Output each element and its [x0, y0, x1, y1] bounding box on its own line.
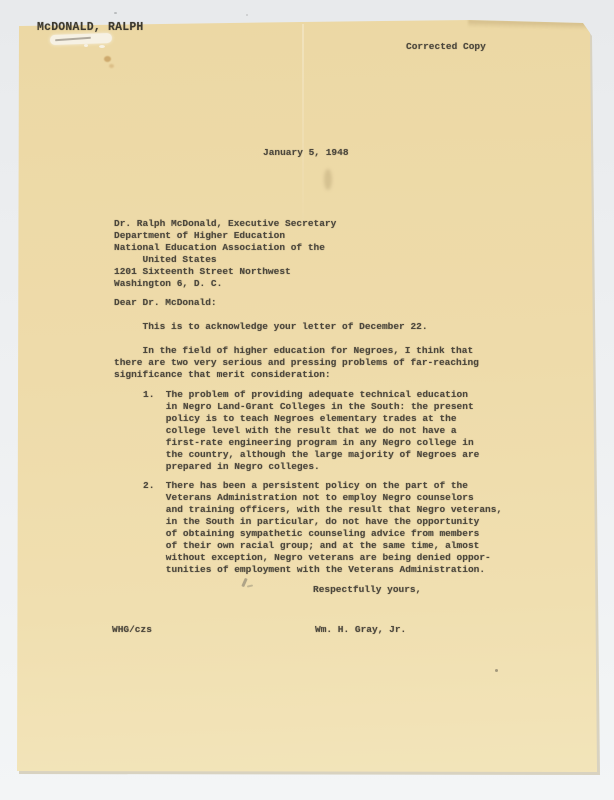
date-line: January 5, 1948 — [263, 147, 349, 159]
numbered-item-1: 1. The problem of providing adequate tec… — [143, 389, 479, 473]
complimentary-closing: Respectfully yours, — [313, 584, 421, 596]
numbered-item-2: 2. There has been a persistent policy on… — [143, 480, 502, 576]
smudge-mark — [324, 169, 332, 190]
corrected-copy-annotation: Corrected Copy — [406, 41, 486, 53]
stain-mark — [104, 56, 111, 62]
scanned-letter-page: McDONALD, RALPH Corrected Copy January 5… — [0, 0, 614, 800]
corner-fold-crease — [468, 20, 592, 31]
filing-label: McDONALD, RALPH — [37, 22, 144, 34]
scan-speck — [114, 12, 117, 14]
signature-name: Wm. H. Gray, Jr. — [315, 624, 406, 636]
paper-crease — [302, 24, 304, 234]
ink-speck — [495, 669, 498, 672]
paragraph-introduction: In the field of higher education for Neg… — [114, 345, 479, 381]
erasure-mark — [99, 45, 105, 48]
erasure-mark — [84, 44, 88, 47]
typist-initials: WHG/czs — [112, 624, 152, 636]
paragraph-acknowledgement: This is to acknowledge your letter of De… — [114, 321, 428, 333]
recipient-address-block: Dr. Ralph McDonald, Executive Secretary … — [114, 218, 336, 290]
stain-mark — [109, 64, 114, 68]
pencil-mark — [247, 584, 253, 587]
salutation: Dear Dr. McDonald: — [114, 297, 217, 309]
scan-speck — [246, 14, 248, 16]
